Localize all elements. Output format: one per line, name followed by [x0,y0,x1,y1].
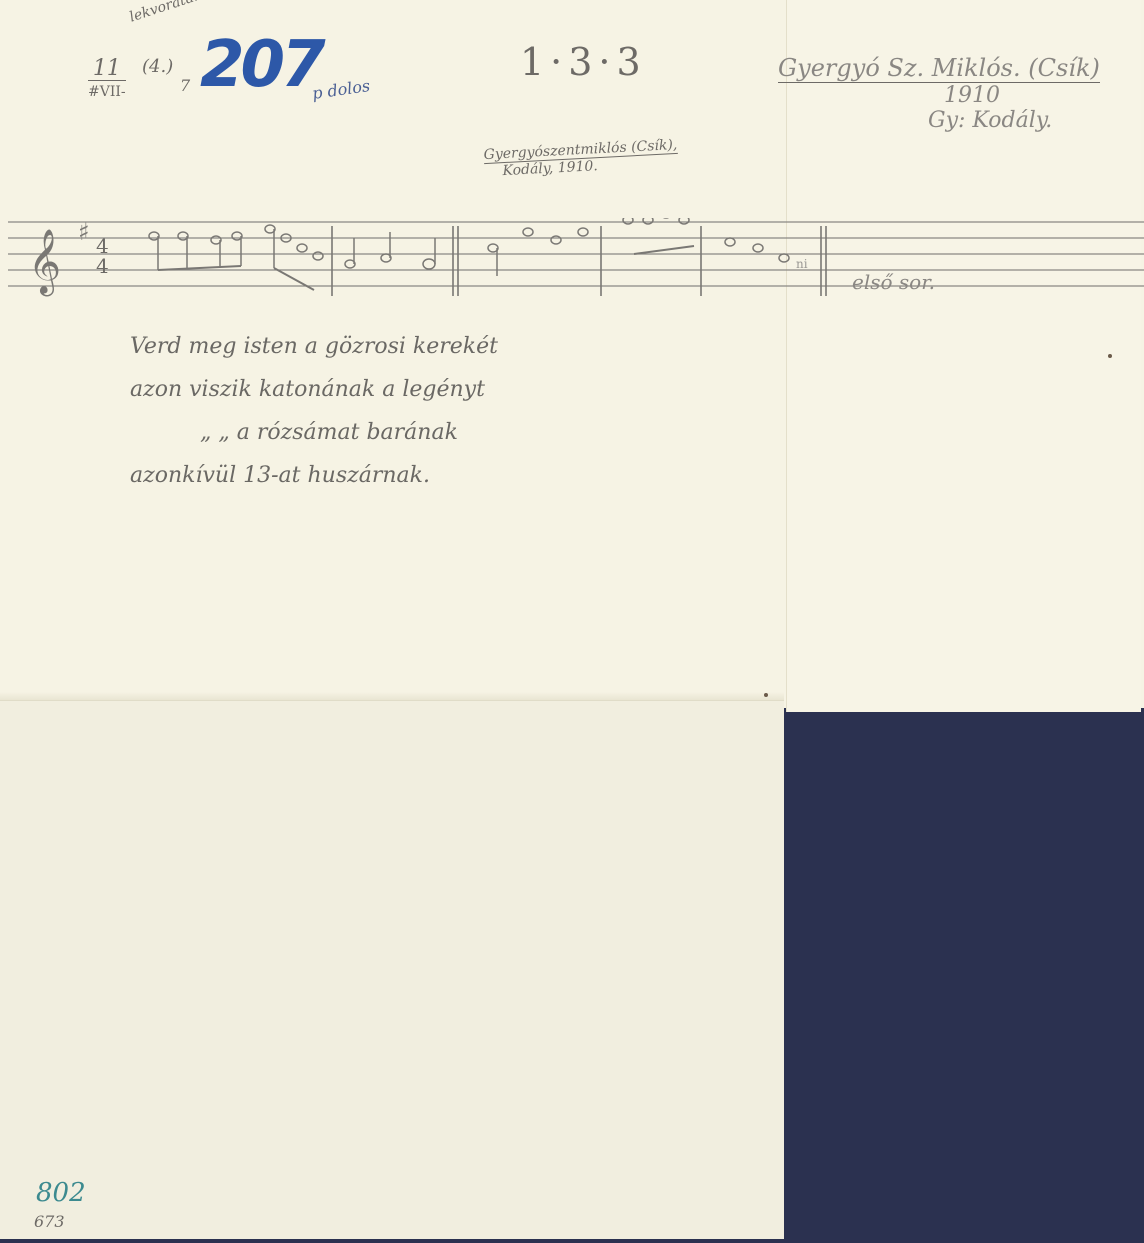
music-staff: 𝄞 ♯ ni [8,218,1144,298]
archive-number-primary: 802 [36,1178,86,1208]
annotation-small: (4.) [142,56,173,77]
time-signature: 4 4 [96,236,109,276]
sharp-icon: ♯ [78,218,90,246]
location-right-collector: Gy: Kodály. [778,108,1100,133]
time-signature-top: 4 [96,236,109,256]
classification-fraction: 11 #VII- [88,58,126,103]
section-code: 1·3·3 [520,40,647,84]
staff-label-after: első sor. [852,270,935,294]
classification-denominator: #VII- [88,81,126,103]
catalog-number: 207 [200,28,322,102]
lyric-line-1: Verd meg isten a gözrosi kerekét [130,325,710,368]
classification-numerator: 11 [88,58,126,81]
end-marking: ni [796,257,808,271]
lyric-line-4: azonkívül 13-at huszárnak. [130,454,710,497]
annotation-subscript: 7 [180,76,190,95]
archive-number-secondary: 673 [34,1212,65,1231]
lyrics-block: Verd meg isten a gözrosi kerekét azon vi… [130,325,710,497]
paper-speck [1108,354,1112,358]
manuscript-sheet-bottom [0,700,784,1239]
location-right-line1: Gyergyó Sz. Miklós. (Csík) [778,54,1100,83]
lyric-line-3: „ „ a rózsámat barának [130,411,710,454]
time-signature-bottom: 4 [96,256,109,276]
lyric-line-2: azon viszik katonának a legényt [130,368,710,411]
location-right: Gyergyó Sz. Miklós. (Csík) 1910 Gy: Kodá… [778,54,1100,133]
location-right-year: 1910 [778,83,1100,108]
treble-clef-icon: 𝄞 [28,229,61,296]
paper-speck [764,693,768,697]
